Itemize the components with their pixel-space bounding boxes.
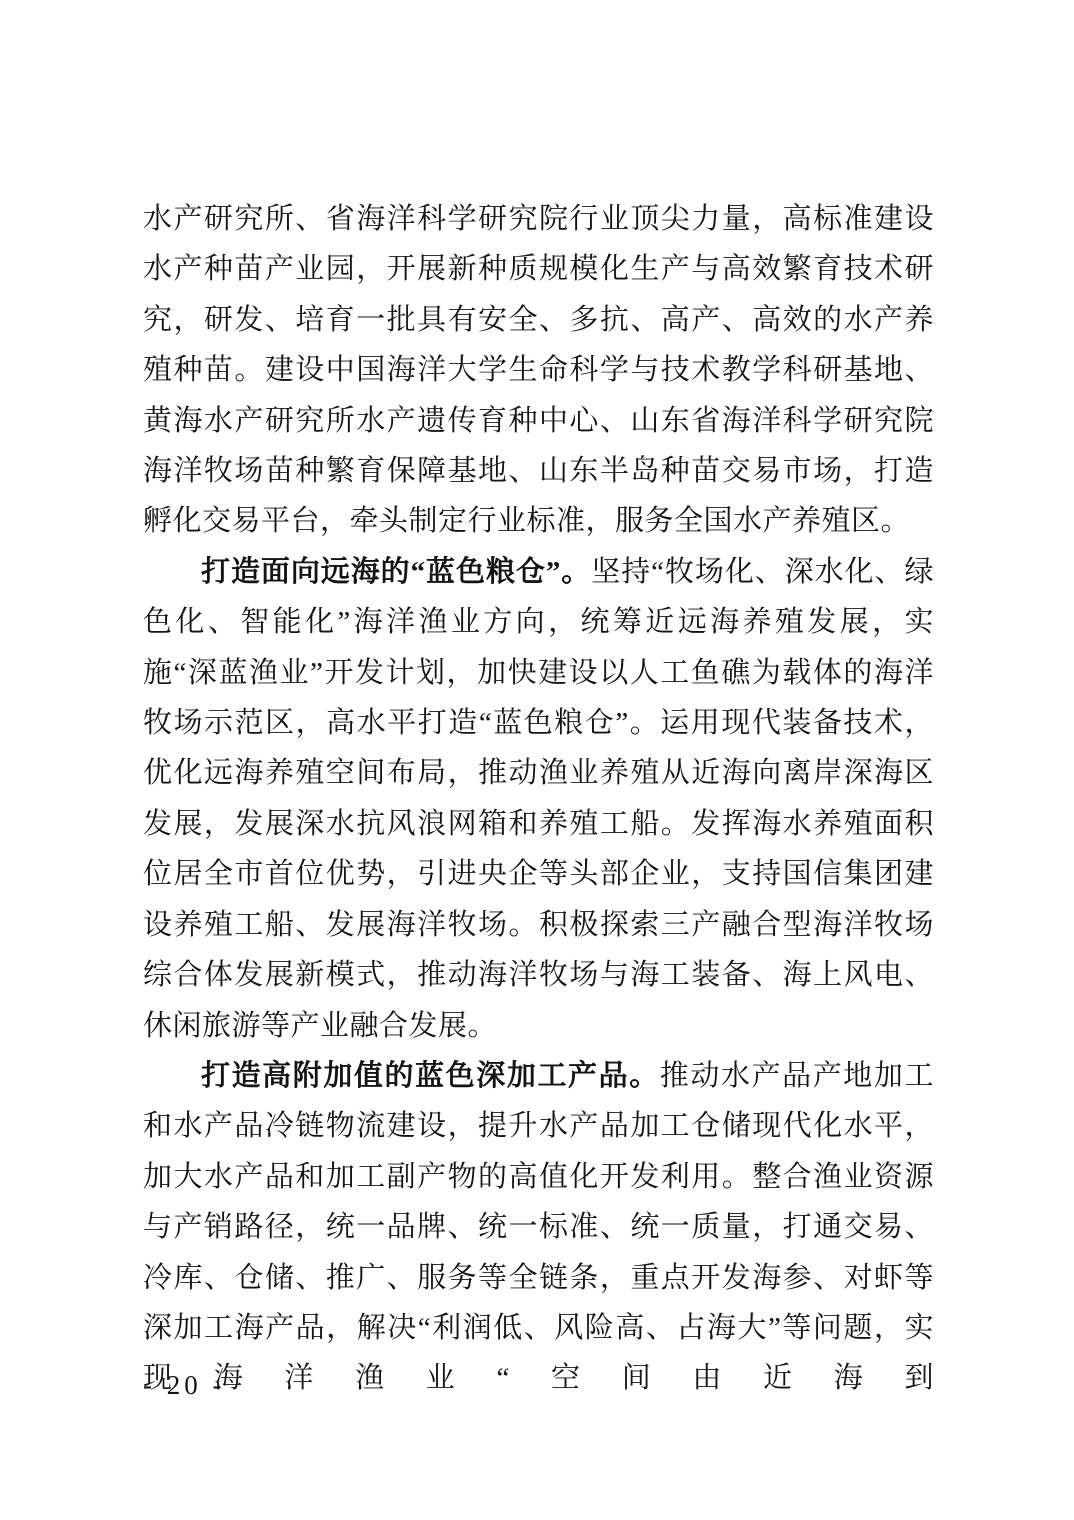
paragraph-continuation: 水产研究所、省海洋科学研究院行业顶尖力量，高标准建设水产种苗产业园，开展新种质规… (143, 194, 934, 547)
page-number: - 20 - (143, 1370, 225, 1400)
document-page: 水产研究所、省海洋科学研究院行业顶尖力量，高标准建设水产种苗产业园，开展新种质规… (0, 0, 1074, 1520)
paragraph-deep-processing: 打造高附加值的蓝色深加工产品。推动水产品产地加工和水产品冷链物流建设，提升水产品… (143, 1051, 934, 1404)
paragraph-lead: 打造面向远海的“蓝色粮仓”。 (201, 556, 591, 588)
paragraph-text: 坚持“牧场化、深水化、绿色化、智能化”海洋渔业方向，统筹近远海养殖发展，实施“深… (143, 556, 934, 1042)
document-body: 水产研究所、省海洋科学研究院行业顶尖力量，高标准建设水产种苗产业园，开展新种质规… (143, 194, 934, 1404)
paragraph-text: 推动水产品产地加工和水产品冷链物流建设，提升水产品加工仓储现代化水平，加大水产品… (143, 1060, 934, 1394)
paragraph-lead: 打造高附加值的蓝色深加工产品。 (201, 1060, 660, 1092)
paragraph-blue-granary: 打造面向远海的“蓝色粮仓”。坚持“牧场化、深水化、绿色化、智能化”海洋渔业方向，… (143, 547, 934, 1051)
page-footer: - 20 - (143, 1368, 225, 1402)
paragraph-text: 水产研究所、省海洋科学研究院行业顶尖力量，高标准建设水产种苗产业园，开展新种质规… (143, 203, 934, 537)
